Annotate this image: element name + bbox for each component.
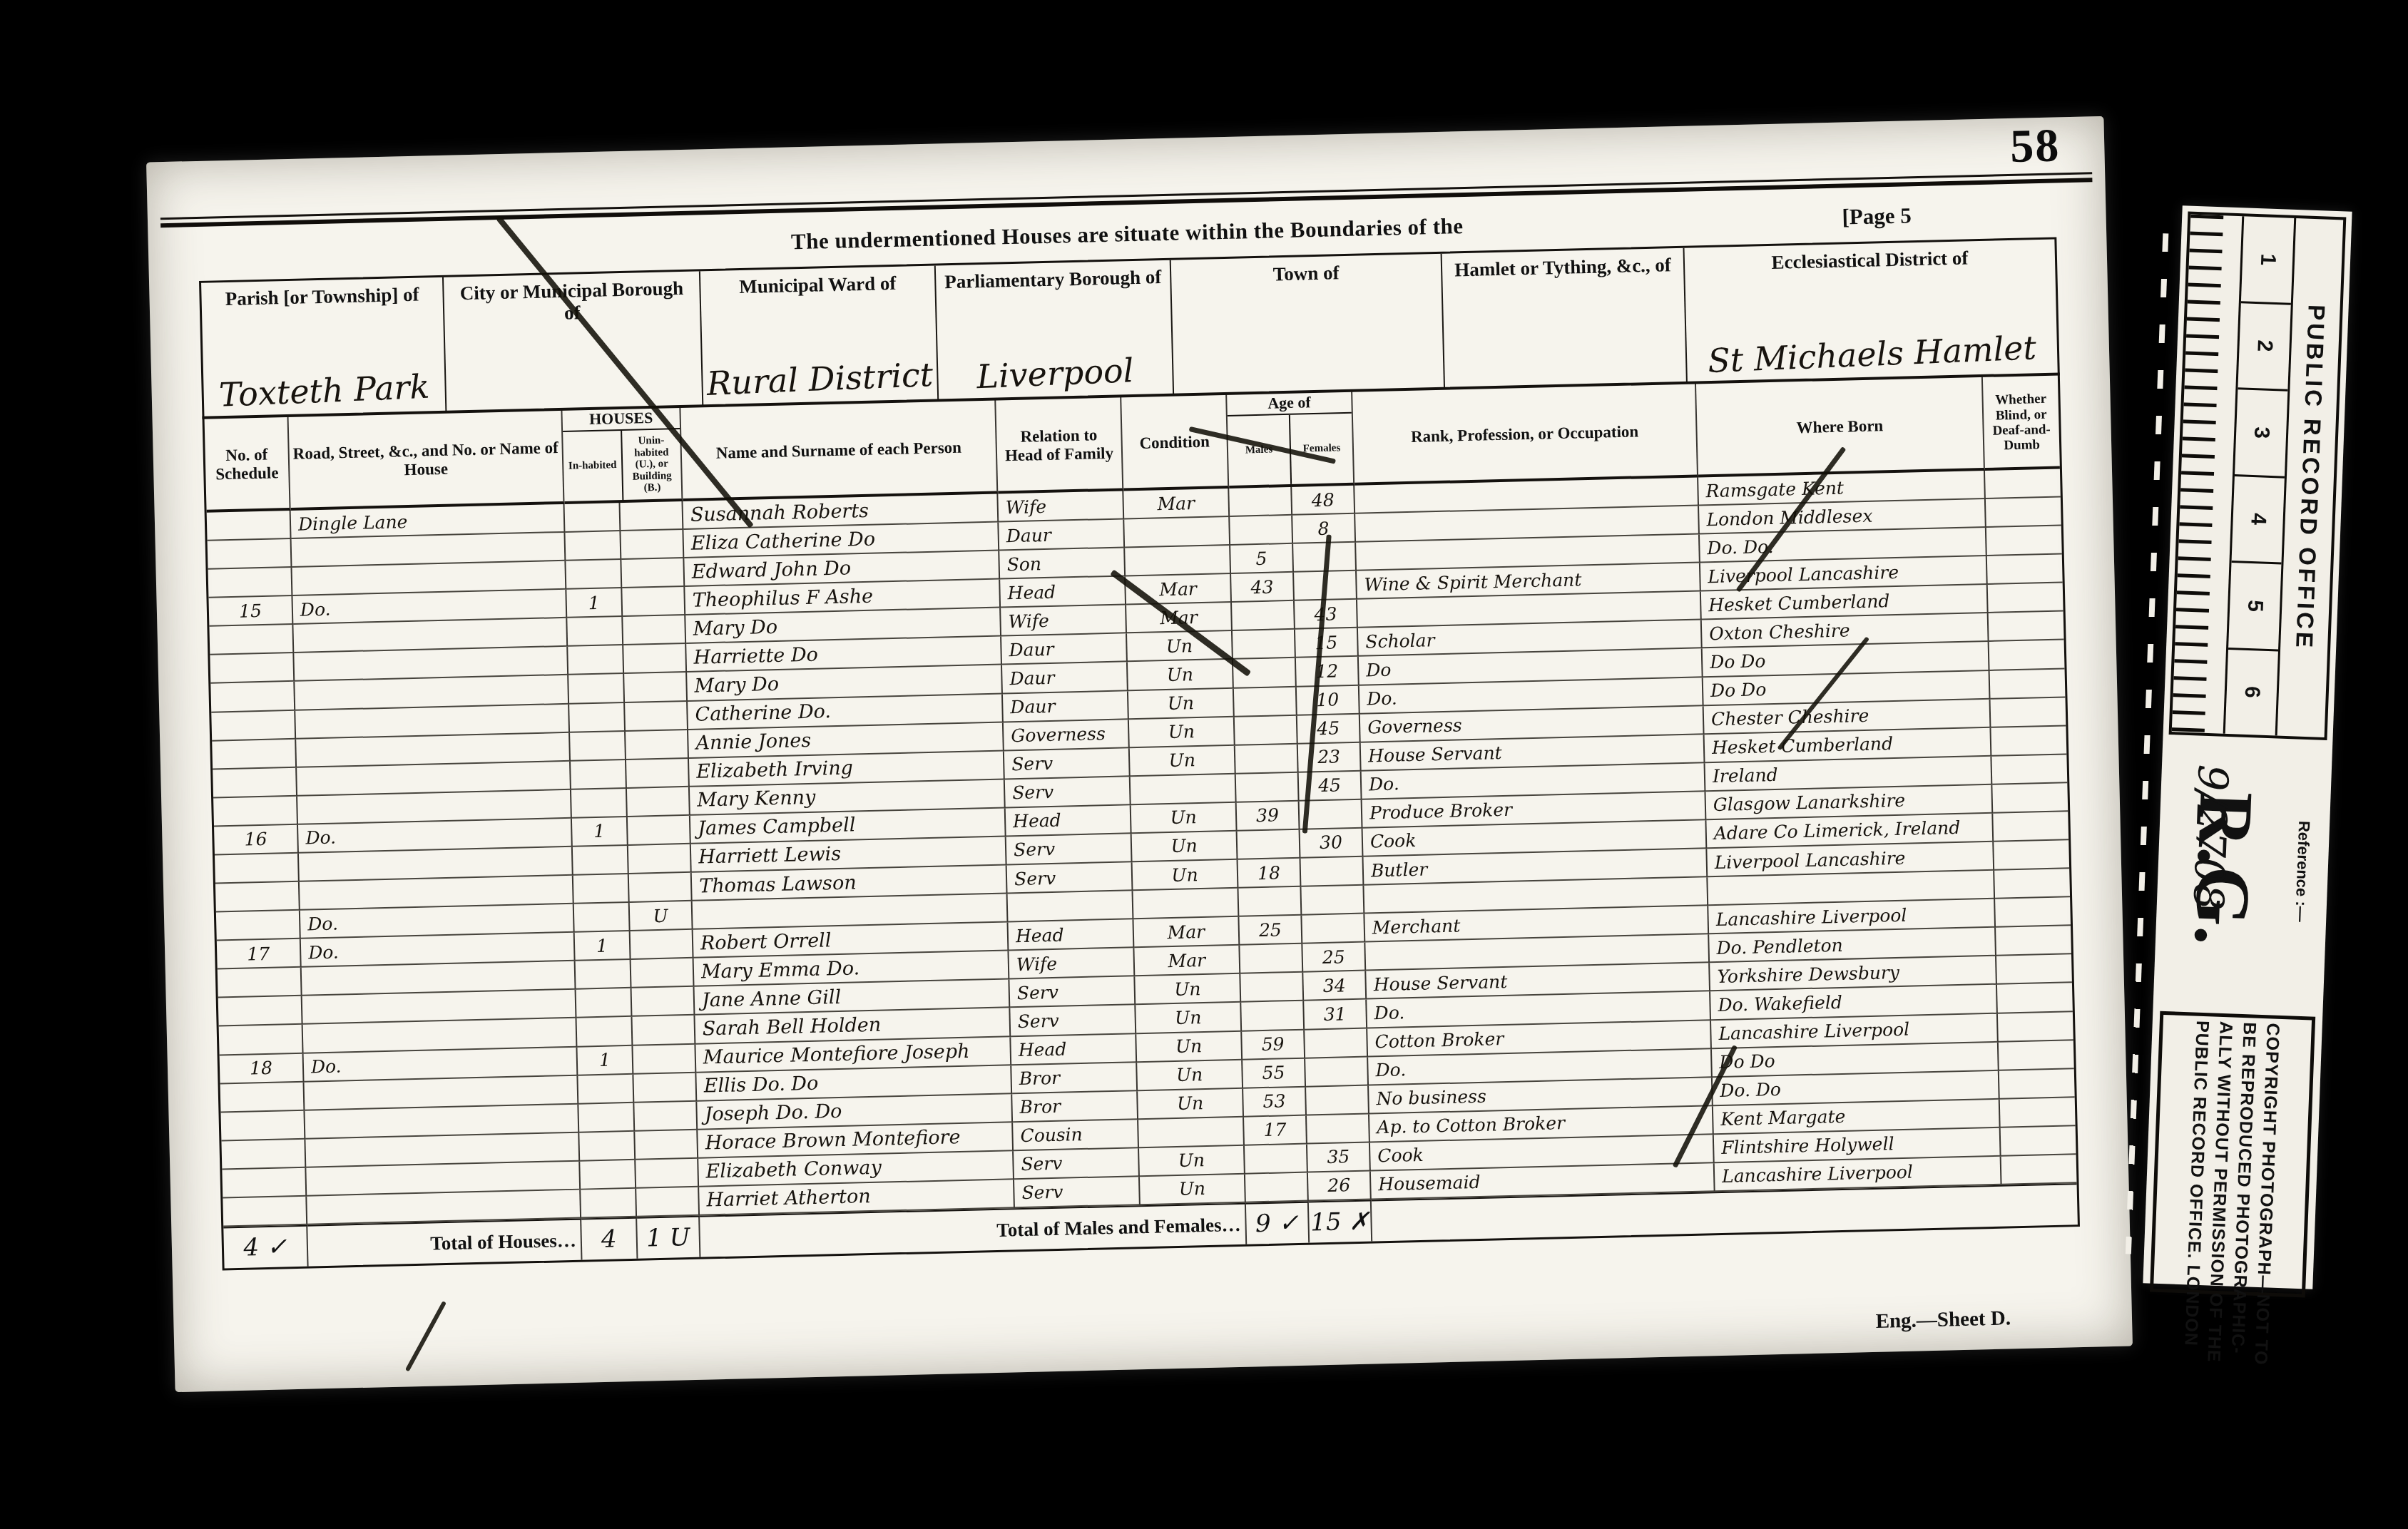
table-cell-uninhabited bbox=[627, 787, 690, 817]
col-header-where-born: Where Born bbox=[1696, 377, 1985, 477]
col-header-schedule: No. of Schedule bbox=[205, 416, 291, 513]
table-cell-infirmity bbox=[1985, 469, 2061, 499]
ruler-number: 5 bbox=[2228, 563, 2281, 651]
table-cell-uninhabited bbox=[636, 1187, 700, 1217]
table-cell-schedule bbox=[221, 1139, 306, 1170]
table-cell-inhabited bbox=[567, 617, 623, 647]
table-cell-relation: Head bbox=[1011, 1034, 1137, 1065]
table-cell-infirmity bbox=[1999, 1040, 2074, 1071]
table-cell-inhabited bbox=[568, 674, 625, 704]
table-cell-uninhabited: U bbox=[630, 901, 693, 931]
table-cell-infirmity bbox=[1994, 840, 2069, 871]
table-cell-condition: Mar bbox=[1133, 917, 1240, 948]
table-cell-inhabited bbox=[577, 1017, 633, 1047]
boundary-value-handwritten: Toxteth Park bbox=[203, 367, 446, 415]
boundary-city: City or Municipal Borough of bbox=[444, 271, 703, 411]
table-cell-condition: Mar bbox=[1123, 489, 1230, 520]
ink-stroke bbox=[405, 1301, 447, 1371]
boundary-label: Town of bbox=[1171, 260, 1442, 288]
table-cell-schedule bbox=[220, 1082, 305, 1113]
table-cell-uninhabited bbox=[635, 1130, 698, 1160]
table-cell-relation: Head bbox=[1000, 577, 1126, 608]
boundary-parl-borough: Parliamentary Borough of Liverpool bbox=[936, 260, 1174, 400]
table-cell-inhabited bbox=[580, 1160, 636, 1190]
table-cell-uninhabited bbox=[626, 759, 690, 789]
table-cell-infirmity bbox=[1992, 783, 2068, 814]
table-cell-uninhabited bbox=[628, 844, 692, 874]
table-cell-schedule bbox=[220, 1110, 305, 1141]
table-cell-condition bbox=[1125, 546, 1231, 577]
table-cell-uninhabited bbox=[621, 558, 685, 588]
boundary-label: City or Municipal Borough of bbox=[444, 277, 700, 327]
table-cell-infirmity bbox=[1994, 869, 2070, 899]
table-cell-schedule bbox=[222, 1168, 307, 1199]
col-header-uninhabited: Unin-habited (U.), or Building (B.) bbox=[621, 429, 681, 500]
boundary-value-handwritten: Liverpool bbox=[937, 349, 1173, 397]
table-cell-condition: Un bbox=[1140, 1175, 1246, 1206]
table-cell-female_age: 48 bbox=[1292, 486, 1355, 516]
col-header-street: Road, Street, &c., and No. or Name of Ho… bbox=[289, 410, 565, 511]
table-cell-infirmity bbox=[1991, 697, 2066, 728]
table-cell-infirmity bbox=[1991, 755, 2067, 785]
totals-females: 15 ✗ bbox=[1309, 1200, 1372, 1243]
table-cell-male_age: 39 bbox=[1237, 802, 1300, 832]
table-cell-female_age: 12 bbox=[1296, 657, 1359, 687]
table-cell-inhabited bbox=[565, 503, 621, 533]
totals-houses-uninhabited: 1 U bbox=[637, 1216, 700, 1259]
table-cell-relation: Bror bbox=[1012, 1091, 1138, 1123]
table-cell-male_age bbox=[1229, 487, 1292, 517]
table-cell-uninhabited bbox=[634, 1101, 698, 1131]
table-cell-female_age: 43 bbox=[1295, 600, 1358, 630]
table-cell-female_age: 10 bbox=[1297, 685, 1360, 715]
table-cell-relation: Bror bbox=[1011, 1063, 1138, 1094]
table-cell-condition: Un bbox=[1130, 746, 1236, 777]
col-header-inhabited: In-habited bbox=[563, 431, 622, 501]
table-cell-relation: Wife bbox=[1001, 605, 1127, 637]
table-cell-relation: Head bbox=[1009, 919, 1135, 951]
table-cell-schedule bbox=[223, 1197, 307, 1227]
table-cell-infirmity bbox=[1993, 812, 2068, 842]
table-cell-schedule bbox=[207, 511, 292, 541]
table-cell-uninhabited bbox=[633, 1044, 696, 1074]
table-cell-schedule bbox=[209, 625, 294, 655]
table-cell-male_age bbox=[1234, 687, 1297, 717]
table-cell-condition: Un bbox=[1128, 688, 1235, 720]
table-cell-female_age: 8 bbox=[1292, 514, 1356, 544]
table-cell-infirmity bbox=[2001, 1155, 2077, 1185]
table-cell-female_age bbox=[1302, 914, 1365, 944]
ruler-number: 6 bbox=[2225, 649, 2278, 735]
table-cell-inhabited: 1 bbox=[575, 931, 631, 961]
boundary-label: Ecclesiastical District of bbox=[1685, 245, 2056, 276]
table-cell-schedule bbox=[213, 797, 298, 827]
table-cell-condition: Un bbox=[1139, 1146, 1245, 1177]
table-cell-infirmity bbox=[1986, 498, 2061, 528]
table-cell-uninhabited bbox=[623, 615, 686, 645]
boundary-label: Parish [or Township] of bbox=[201, 283, 443, 311]
table-cell-male_age: 25 bbox=[1239, 916, 1302, 946]
table-cell-infirmity bbox=[2001, 1126, 2076, 1157]
table-cell-male_age bbox=[1232, 601, 1295, 631]
table-cell-relation: Daur bbox=[999, 519, 1125, 551]
table-cell-uninhabited bbox=[625, 701, 688, 731]
table-cell-condition bbox=[1124, 517, 1230, 548]
boundary-value-handwritten: St Michaels Hamlet bbox=[1686, 327, 2058, 381]
boundary-town: Town of bbox=[1171, 254, 1445, 394]
table-cell-inhabited bbox=[569, 703, 626, 733]
table-cell-infirmity bbox=[1988, 583, 2063, 614]
table-cell-schedule: 17 bbox=[217, 939, 302, 970]
table-cell-condition: Un bbox=[1133, 860, 1239, 891]
table-cell-female_age bbox=[1306, 1085, 1369, 1115]
table-cell-inhabited bbox=[578, 1103, 635, 1132]
table-cell-condition bbox=[1138, 1117, 1245, 1148]
boundary-label: Parliamentary Borough of bbox=[936, 266, 1170, 294]
table-cell-relation: Wife bbox=[1009, 948, 1135, 980]
table-cell-inhabited bbox=[565, 531, 621, 561]
table-cell-schedule bbox=[212, 739, 297, 769]
table-cell-female_age: 35 bbox=[1307, 1142, 1371, 1172]
boundary-eccl-district: Ecclesiastical District of St Michaels H… bbox=[1684, 240, 2057, 382]
table-cell-infirmity bbox=[1999, 1069, 2075, 1100]
table-cell-infirmity bbox=[1989, 612, 2064, 643]
table-cell-uninhabited bbox=[624, 673, 688, 702]
table-cell-infirmity bbox=[1998, 1012, 2073, 1043]
table-cell-relation: Daur bbox=[1002, 663, 1128, 694]
table-cell-inhabited bbox=[573, 874, 630, 904]
page-number: 58 bbox=[2009, 118, 2061, 174]
col-header-occupation: Rank, Profession, or Occupation bbox=[1352, 383, 1698, 485]
col-header-name: Name and Surname of each Person bbox=[680, 400, 998, 501]
table-cell-infirmity bbox=[1987, 555, 2063, 585]
table-cell-male_age: 5 bbox=[1230, 544, 1294, 574]
table-cell-male_age: 17 bbox=[1244, 1115, 1307, 1145]
table-cell-female_age bbox=[1305, 1057, 1369, 1087]
table-cell-infirmity bbox=[1986, 526, 2062, 557]
table-cell-schedule bbox=[210, 682, 295, 712]
table-cell-relation: Cousin bbox=[1013, 1120, 1139, 1151]
table-cell-inhabited bbox=[579, 1132, 636, 1162]
table-cell-relation: Serv bbox=[1010, 1006, 1136, 1037]
pro-reference-strip: 1 2 3 4 5 6 PUBLIC RECORD OFFICE R.G. Re… bbox=[2143, 205, 2352, 1289]
totals-males: 9 ✓ bbox=[1246, 1202, 1310, 1244]
table-cell-schedule bbox=[215, 882, 300, 913]
table-cell-female_age: 25 bbox=[1302, 943, 1366, 973]
table-cell-condition: Un bbox=[1135, 974, 1241, 1006]
pro-reference-zone: R.G. Reference :— bbox=[2159, 735, 2327, 1004]
totals-houses-label-text: Total of Houses… bbox=[308, 1229, 581, 1257]
ruler-number: 3 bbox=[2235, 389, 2287, 478]
table-cell-female_age bbox=[1307, 1114, 1370, 1144]
table-cell-inhabited: 1 bbox=[566, 588, 623, 618]
table-cell-male_age bbox=[1241, 1001, 1305, 1031]
table-cell-schedule bbox=[215, 854, 300, 884]
table-cell-relation: Head bbox=[1006, 805, 1132, 837]
table-cell-infirmity bbox=[1991, 726, 2066, 757]
table-cell-female_age: 15 bbox=[1295, 628, 1359, 658]
table-cell-schedule bbox=[219, 1025, 304, 1055]
table-cell-uninhabited bbox=[632, 987, 695, 1017]
pro-ruler: 1 2 3 4 5 6 PUBLIC RECORD OFFICE bbox=[2169, 211, 2347, 740]
table-cell-inhabited bbox=[574, 903, 631, 933]
table-cell-condition: Un bbox=[1136, 1031, 1243, 1063]
table-cell-inhabited bbox=[571, 760, 627, 790]
table-cell-infirmity bbox=[1995, 898, 2071, 929]
table-cell-inhabited bbox=[576, 988, 633, 1018]
boundary-hamlet: Hamlet or Tything, &c., of bbox=[1442, 248, 1688, 388]
table-cell-female_age: 34 bbox=[1303, 971, 1367, 1001]
table-cell-inhabited bbox=[566, 560, 622, 590]
table-cell-relation: Serv bbox=[1006, 834, 1133, 865]
table-cell-uninhabited bbox=[636, 1159, 699, 1189]
table-cell-male_age bbox=[1240, 944, 1303, 974]
table-cell-infirmity bbox=[1989, 640, 2065, 671]
boundary-value-handwritten: Rural District bbox=[703, 355, 938, 403]
ruler-number: 4 bbox=[2231, 476, 2284, 565]
col-header-relation: Relation to Head of Family bbox=[996, 397, 1123, 494]
table-cell-uninhabited bbox=[631, 930, 694, 960]
table-cell-condition bbox=[1131, 774, 1237, 806]
census-sheet: 58 The undermentioned Houses are situate… bbox=[146, 116, 2133, 1392]
table-cell-relation: Serv bbox=[1014, 1148, 1140, 1180]
table-cell-female_age bbox=[1301, 886, 1364, 916]
boundary-parish: Parish [or Township] of Toxteth Park bbox=[201, 277, 447, 417]
table-cell-uninhabited bbox=[632, 1016, 695, 1045]
table-cell-male_age: 18 bbox=[1238, 859, 1302, 889]
title-spacer bbox=[198, 251, 412, 256]
table-cell-relation: Serv bbox=[1005, 777, 1131, 808]
table-cell-male_age bbox=[1230, 516, 1293, 546]
table-cell-relation: Governess bbox=[1004, 720, 1130, 751]
page-label: [Page 5 bbox=[1842, 200, 2056, 230]
copyright-notice: COPYRIGHT PHOTOGRAPH—NOT TO BE REPRODUCE… bbox=[2150, 1011, 2315, 1298]
reference-number: 9/2708 bbox=[2184, 764, 2238, 911]
table-cell-condition: Un bbox=[1131, 803, 1238, 834]
table-cell-relation: Daur bbox=[1001, 634, 1128, 665]
table-cell-inhabited bbox=[568, 645, 624, 675]
table-cell-inhabited bbox=[570, 732, 626, 762]
table-cell-female_age bbox=[1305, 1028, 1368, 1058]
col-header-condition: Condition bbox=[1121, 394, 1229, 491]
table-cell-female_age bbox=[1301, 857, 1364, 887]
table-cell-schedule bbox=[211, 710, 296, 741]
table-cell-condition: Un bbox=[1129, 717, 1235, 748]
table-cell-infirmity bbox=[1996, 926, 2071, 957]
table-cell-schedule bbox=[218, 968, 302, 998]
table-cell-condition: Mar bbox=[1134, 946, 1240, 977]
table-cell-male_age bbox=[1238, 830, 1301, 860]
col-header-females: Females bbox=[1289, 413, 1353, 484]
col-header-infirmity: Whether Blind, or Deaf-and-Dumb bbox=[1983, 375, 2060, 471]
table-cell-schedule bbox=[218, 996, 303, 1027]
table-cell-uninhabited bbox=[628, 816, 691, 846]
table-cell-condition: Un bbox=[1137, 1060, 1243, 1091]
table-cell-inhabited: 1 bbox=[572, 817, 628, 847]
table-cell-relation: Wife bbox=[998, 491, 1124, 522]
table-cell-inhabited: 1 bbox=[577, 1045, 633, 1075]
totals-houses-label: Total of Houses… bbox=[307, 1219, 582, 1267]
table-cell-male_age: 59 bbox=[1242, 1030, 1305, 1060]
table-cell-relation: Daur bbox=[1003, 691, 1129, 722]
table-cell-uninhabited bbox=[623, 644, 687, 674]
boundary-ward: Municipal Ward of Rural District bbox=[700, 266, 939, 406]
table-cell-inhabited bbox=[573, 846, 629, 876]
table-cell-uninhabited bbox=[621, 530, 684, 560]
table-cell-condition: Un bbox=[1136, 1003, 1242, 1034]
table-cell-condition: Un bbox=[1128, 660, 1234, 691]
table-cell-infirmity bbox=[1997, 983, 2073, 1014]
table-cell-relation bbox=[1008, 891, 1134, 922]
table-cell-female_age: 26 bbox=[1308, 1171, 1372, 1201]
table-cell-male_age bbox=[1235, 715, 1298, 745]
table-cell-female_age: 45 bbox=[1297, 714, 1361, 744]
table-cell-male_age bbox=[1233, 630, 1296, 660]
table-cell-male_age bbox=[1240, 973, 1304, 1003]
sheet-footer: Eng.—Sheet D. bbox=[1875, 1306, 2011, 1333]
totals-left-mark: 4 ✓ bbox=[223, 1225, 308, 1269]
table-cell-schedule bbox=[208, 539, 292, 570]
table-cell-male_age: 43 bbox=[1231, 573, 1295, 603]
table-cell-condition: Un bbox=[1138, 1088, 1244, 1120]
table-cell-schedule: 15 bbox=[208, 596, 293, 627]
table-cell-uninhabited bbox=[633, 1073, 697, 1103]
table-cell-infirmity bbox=[2000, 1098, 2076, 1128]
table-cell-relation: Serv bbox=[1009, 977, 1136, 1008]
table-cell-female_age: 30 bbox=[1300, 829, 1364, 859]
table-cell-condition: Un bbox=[1132, 832, 1238, 863]
table-cell-relation: Serv bbox=[1007, 862, 1133, 894]
table-cell-uninhabited bbox=[620, 501, 683, 531]
table-cell-schedule bbox=[213, 768, 297, 799]
table-cell-schedule: 18 bbox=[220, 1053, 305, 1084]
table-cell-schedule bbox=[216, 911, 301, 941]
table-cell-schedule bbox=[208, 568, 293, 598]
table-cell-male_age bbox=[1245, 1172, 1309, 1202]
boundary-label: Municipal Ward of bbox=[700, 272, 935, 300]
ruler-number: 1 bbox=[2241, 216, 2294, 305]
table-cell-relation: Serv bbox=[1004, 748, 1131, 779]
ruler-number: 2 bbox=[2238, 303, 2290, 392]
boundary-label: Hamlet or Tything, &c., of bbox=[1442, 254, 1684, 282]
table-cell-uninhabited bbox=[629, 873, 693, 903]
table-cell-inhabited bbox=[581, 1189, 637, 1219]
table-cell-female_age: 31 bbox=[1304, 1000, 1367, 1030]
table-cell-male_age bbox=[1236, 773, 1300, 803]
table-cell-male_age: 55 bbox=[1243, 1058, 1306, 1088]
table-cell-inhabited bbox=[571, 789, 628, 819]
table-cell-inhabited bbox=[576, 960, 632, 990]
table-cell-infirmity bbox=[1996, 955, 2072, 986]
table-cell-schedule: 16 bbox=[214, 825, 299, 856]
table-cell-male_age bbox=[1235, 744, 1299, 774]
table-cell-uninhabited bbox=[626, 730, 689, 760]
table-cell-uninhabited bbox=[622, 587, 685, 617]
table-cell-condition bbox=[1133, 889, 1240, 920]
totals-mf-label-text: Total of Males and Females… bbox=[700, 1213, 1245, 1248]
age-group-label: Age of bbox=[1227, 392, 1352, 416]
table-cell-inhabited bbox=[578, 1074, 634, 1104]
table-cell-relation: Serv bbox=[1014, 1177, 1141, 1208]
table-cell-male_age bbox=[1245, 1144, 1308, 1174]
table-cell-relation: Son bbox=[999, 548, 1126, 580]
table-cell-schedule bbox=[210, 653, 295, 684]
totals-houses-inhabited: 4 bbox=[581, 1217, 638, 1260]
table-cell-infirmity bbox=[1990, 669, 2066, 700]
table-cell-uninhabited bbox=[631, 958, 695, 988]
table-cell-male_age: 53 bbox=[1243, 1087, 1307, 1117]
table-cell-male_age bbox=[1238, 887, 1302, 917]
